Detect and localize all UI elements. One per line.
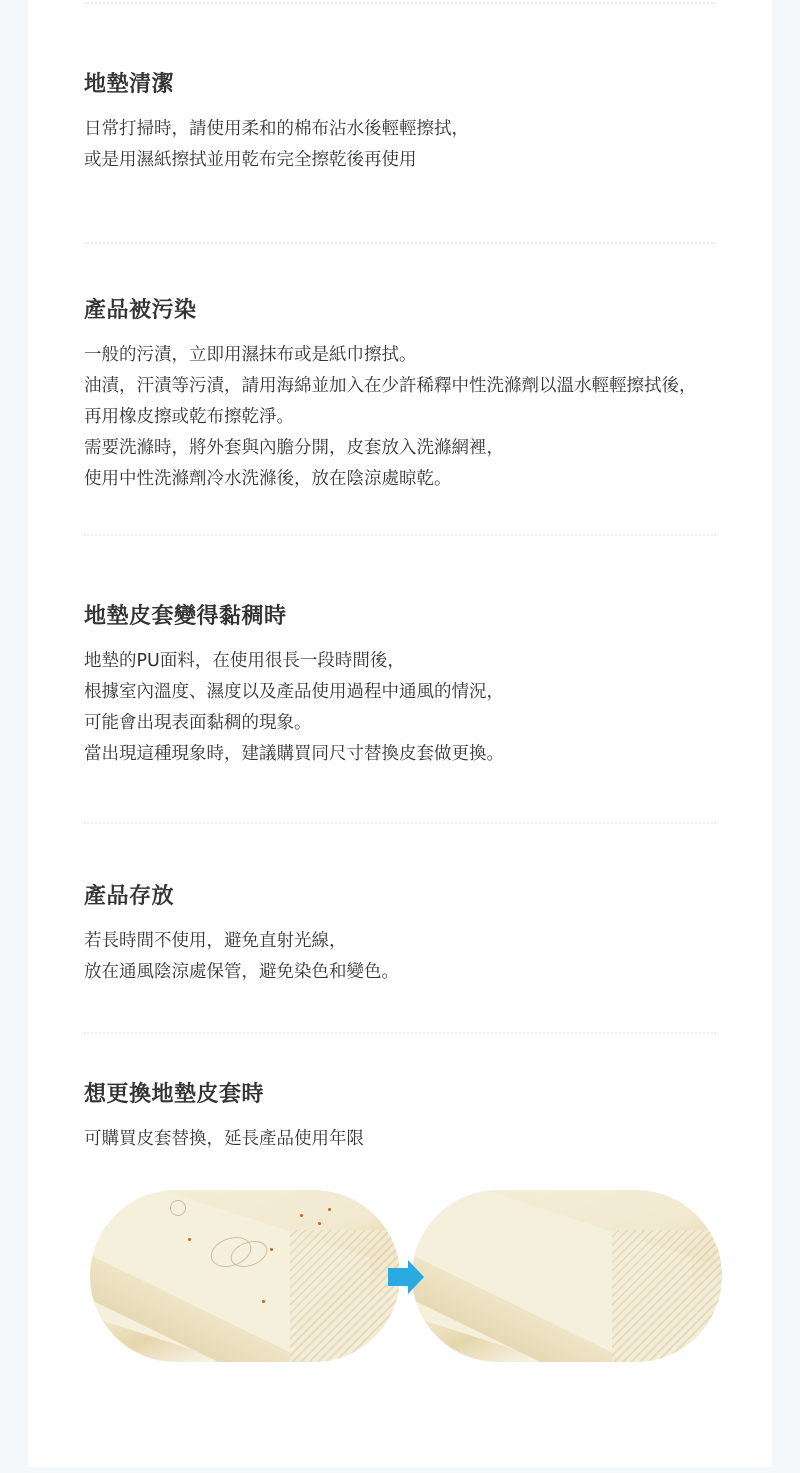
section-cover-sticky: 地墊皮套變得黏稠時 地墊的PU面料，在使用很長一段時間後， 根據室內溫度、濕度以… bbox=[84, 602, 774, 770]
mat-layers bbox=[290, 1230, 400, 1362]
divider bbox=[84, 534, 716, 536]
section-title: 想更換地墊皮套時 bbox=[84, 1080, 774, 1110]
after-photo bbox=[412, 1190, 722, 1362]
divider bbox=[84, 1032, 716, 1034]
text-line: 可購買皮套替換，延長產品使用年限 bbox=[84, 1124, 774, 1155]
mat-layers bbox=[612, 1230, 722, 1362]
text-line: 可能會出現表面黏稠的現象。 bbox=[84, 708, 774, 739]
stain-mark bbox=[188, 1238, 191, 1241]
text-line: 日常打掃時，請使用柔和的棉布沾水後輕輕擦拭， bbox=[84, 114, 774, 145]
text-line: 使用中性洗滌劑冷水洗滌後，放在陰涼處晾乾。 bbox=[84, 464, 774, 495]
before-photo bbox=[90, 1190, 400, 1362]
text-line: 油漬，汗漬等污漬，請用海綿並加入在少許稀釋中性洗滌劑以溫水輕輕擦拭後， bbox=[84, 371, 774, 402]
section-title: 產品被污染 bbox=[84, 296, 774, 326]
text-line: 或是用濕紙擦拭並用乾布完全擦乾後再使用 bbox=[84, 145, 774, 176]
divider bbox=[84, 2, 716, 4]
section-mat-cleaning: 地墊清潔 日常打掃時，請使用柔和的棉布沾水後輕輕擦拭， 或是用濕紙擦拭並用乾布完… bbox=[84, 70, 774, 176]
stain-mark bbox=[300, 1214, 303, 1217]
section-body: 日常打掃時，請使用柔和的棉布沾水後輕輕擦拭， 或是用濕紙擦拭並用乾布完全擦乾後再… bbox=[84, 114, 774, 176]
section-replace-cover: 想更換地墊皮套時 可購買皮套替換，延長產品使用年限 bbox=[84, 1080, 774, 1155]
section-body: 地墊的PU面料，在使用很長一段時間後， 根據室內溫度、濕度以及產品使用過程中通風… bbox=[84, 646, 774, 770]
text-line: 需要洗滌時，將外套與內膽分開，皮套放入洗滌網裡， bbox=[84, 433, 774, 464]
text-line: 若長時間不使用，避免直射光線， bbox=[84, 926, 774, 957]
arrow-right-icon bbox=[388, 1260, 424, 1294]
stain-mark bbox=[328, 1208, 331, 1211]
section-title: 地墊清潔 bbox=[84, 70, 774, 100]
before-after-comparison bbox=[90, 1190, 722, 1362]
section-body: 一般的污漬，立即用濕抹布或是紙巾擦拭。 油漬，汗漬等污漬，請用海綿並加入在少許稀… bbox=[84, 340, 774, 495]
text-line: 地墊的PU面料，在使用很長一段時間後， bbox=[84, 646, 774, 677]
text-line: 當出現這種現象時，建議購買同尺寸替換皮套做更換。 bbox=[84, 739, 774, 770]
scribble-mark bbox=[170, 1200, 186, 1216]
section-storage: 產品存放 若長時間不使用，避免直射光線， 放在通風陰涼處保管，避免染色和變色。 bbox=[84, 882, 774, 988]
text-line: 根據室內溫度、濕度以及產品使用過程中通風的情況， bbox=[84, 677, 774, 708]
section-body: 若長時間不使用，避免直射光線， 放在通風陰涼處保管，避免染色和變色。 bbox=[84, 926, 774, 988]
stain-mark bbox=[318, 1222, 321, 1225]
divider bbox=[84, 242, 716, 244]
stain-mark bbox=[262, 1300, 265, 1303]
section-body: 可購買皮套替換，延長產品使用年限 bbox=[84, 1124, 774, 1155]
text-line: 再用橡皮擦或乾布擦乾淨。 bbox=[84, 402, 774, 433]
section-product-stained: 產品被污染 一般的污漬，立即用濕抹布或是紙巾擦拭。 油漬，汗漬等污漬，請用海綿並… bbox=[84, 296, 774, 495]
divider bbox=[84, 822, 716, 824]
section-title: 產品存放 bbox=[84, 882, 774, 912]
text-line: 放在通風陰涼處保管，避免染色和變色。 bbox=[84, 957, 774, 988]
section-title: 地墊皮套變得黏稠時 bbox=[84, 602, 774, 632]
text-line: 一般的污漬，立即用濕抹布或是紙巾擦拭。 bbox=[84, 340, 774, 371]
stain-mark bbox=[270, 1248, 273, 1251]
